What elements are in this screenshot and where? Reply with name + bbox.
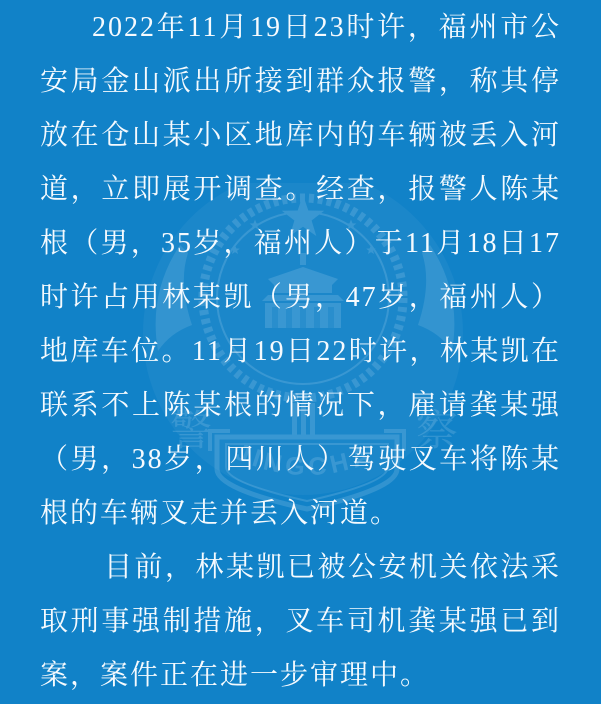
text-line: 取刑事强制措施，叉车司机龚某强已到 <box>40 595 561 649</box>
text-line: 联系不上陈某根的情况下，雇请龚某强 <box>40 379 561 433</box>
text-line: 目前，林某凯已被公安机关依法采 <box>40 541 561 595</box>
text-line: 放在仓山某小区地库内的车辆被丢入河 <box>40 109 561 163</box>
text-line: 案，案件正在进一步审理中。 <box>40 649 561 703</box>
text-line: 2022年11月19日23时许，福州市公 <box>40 1 561 55</box>
text-line: （男，38岁，四川人）驾驶叉车将陈某 <box>40 433 561 487</box>
police-notice: JINGCHA 警 察 2022年11月19日23时许，福州市公 安局金山派出所… <box>0 0 601 704</box>
text-line: 根（男，35岁，福州人）于11月18日17 <box>40 217 561 271</box>
text-line: 地库车位。11月19日22时许，林某凯在 <box>40 325 561 379</box>
text-line: 根的车辆叉走并丢入河道。 <box>40 487 561 541</box>
text-line: 道，立即展开调查。经查，报警人陈某 <box>40 163 561 217</box>
text-line: 时许占用林某凯（男，47岁，福州人） <box>40 271 561 325</box>
notice-text: 2022年11月19日23时许，福州市公 安局金山派出所接到群众报警，称其停 放… <box>0 0 601 703</box>
text-line: 安局金山派出所接到群众报警，称其停 <box>40 55 561 109</box>
